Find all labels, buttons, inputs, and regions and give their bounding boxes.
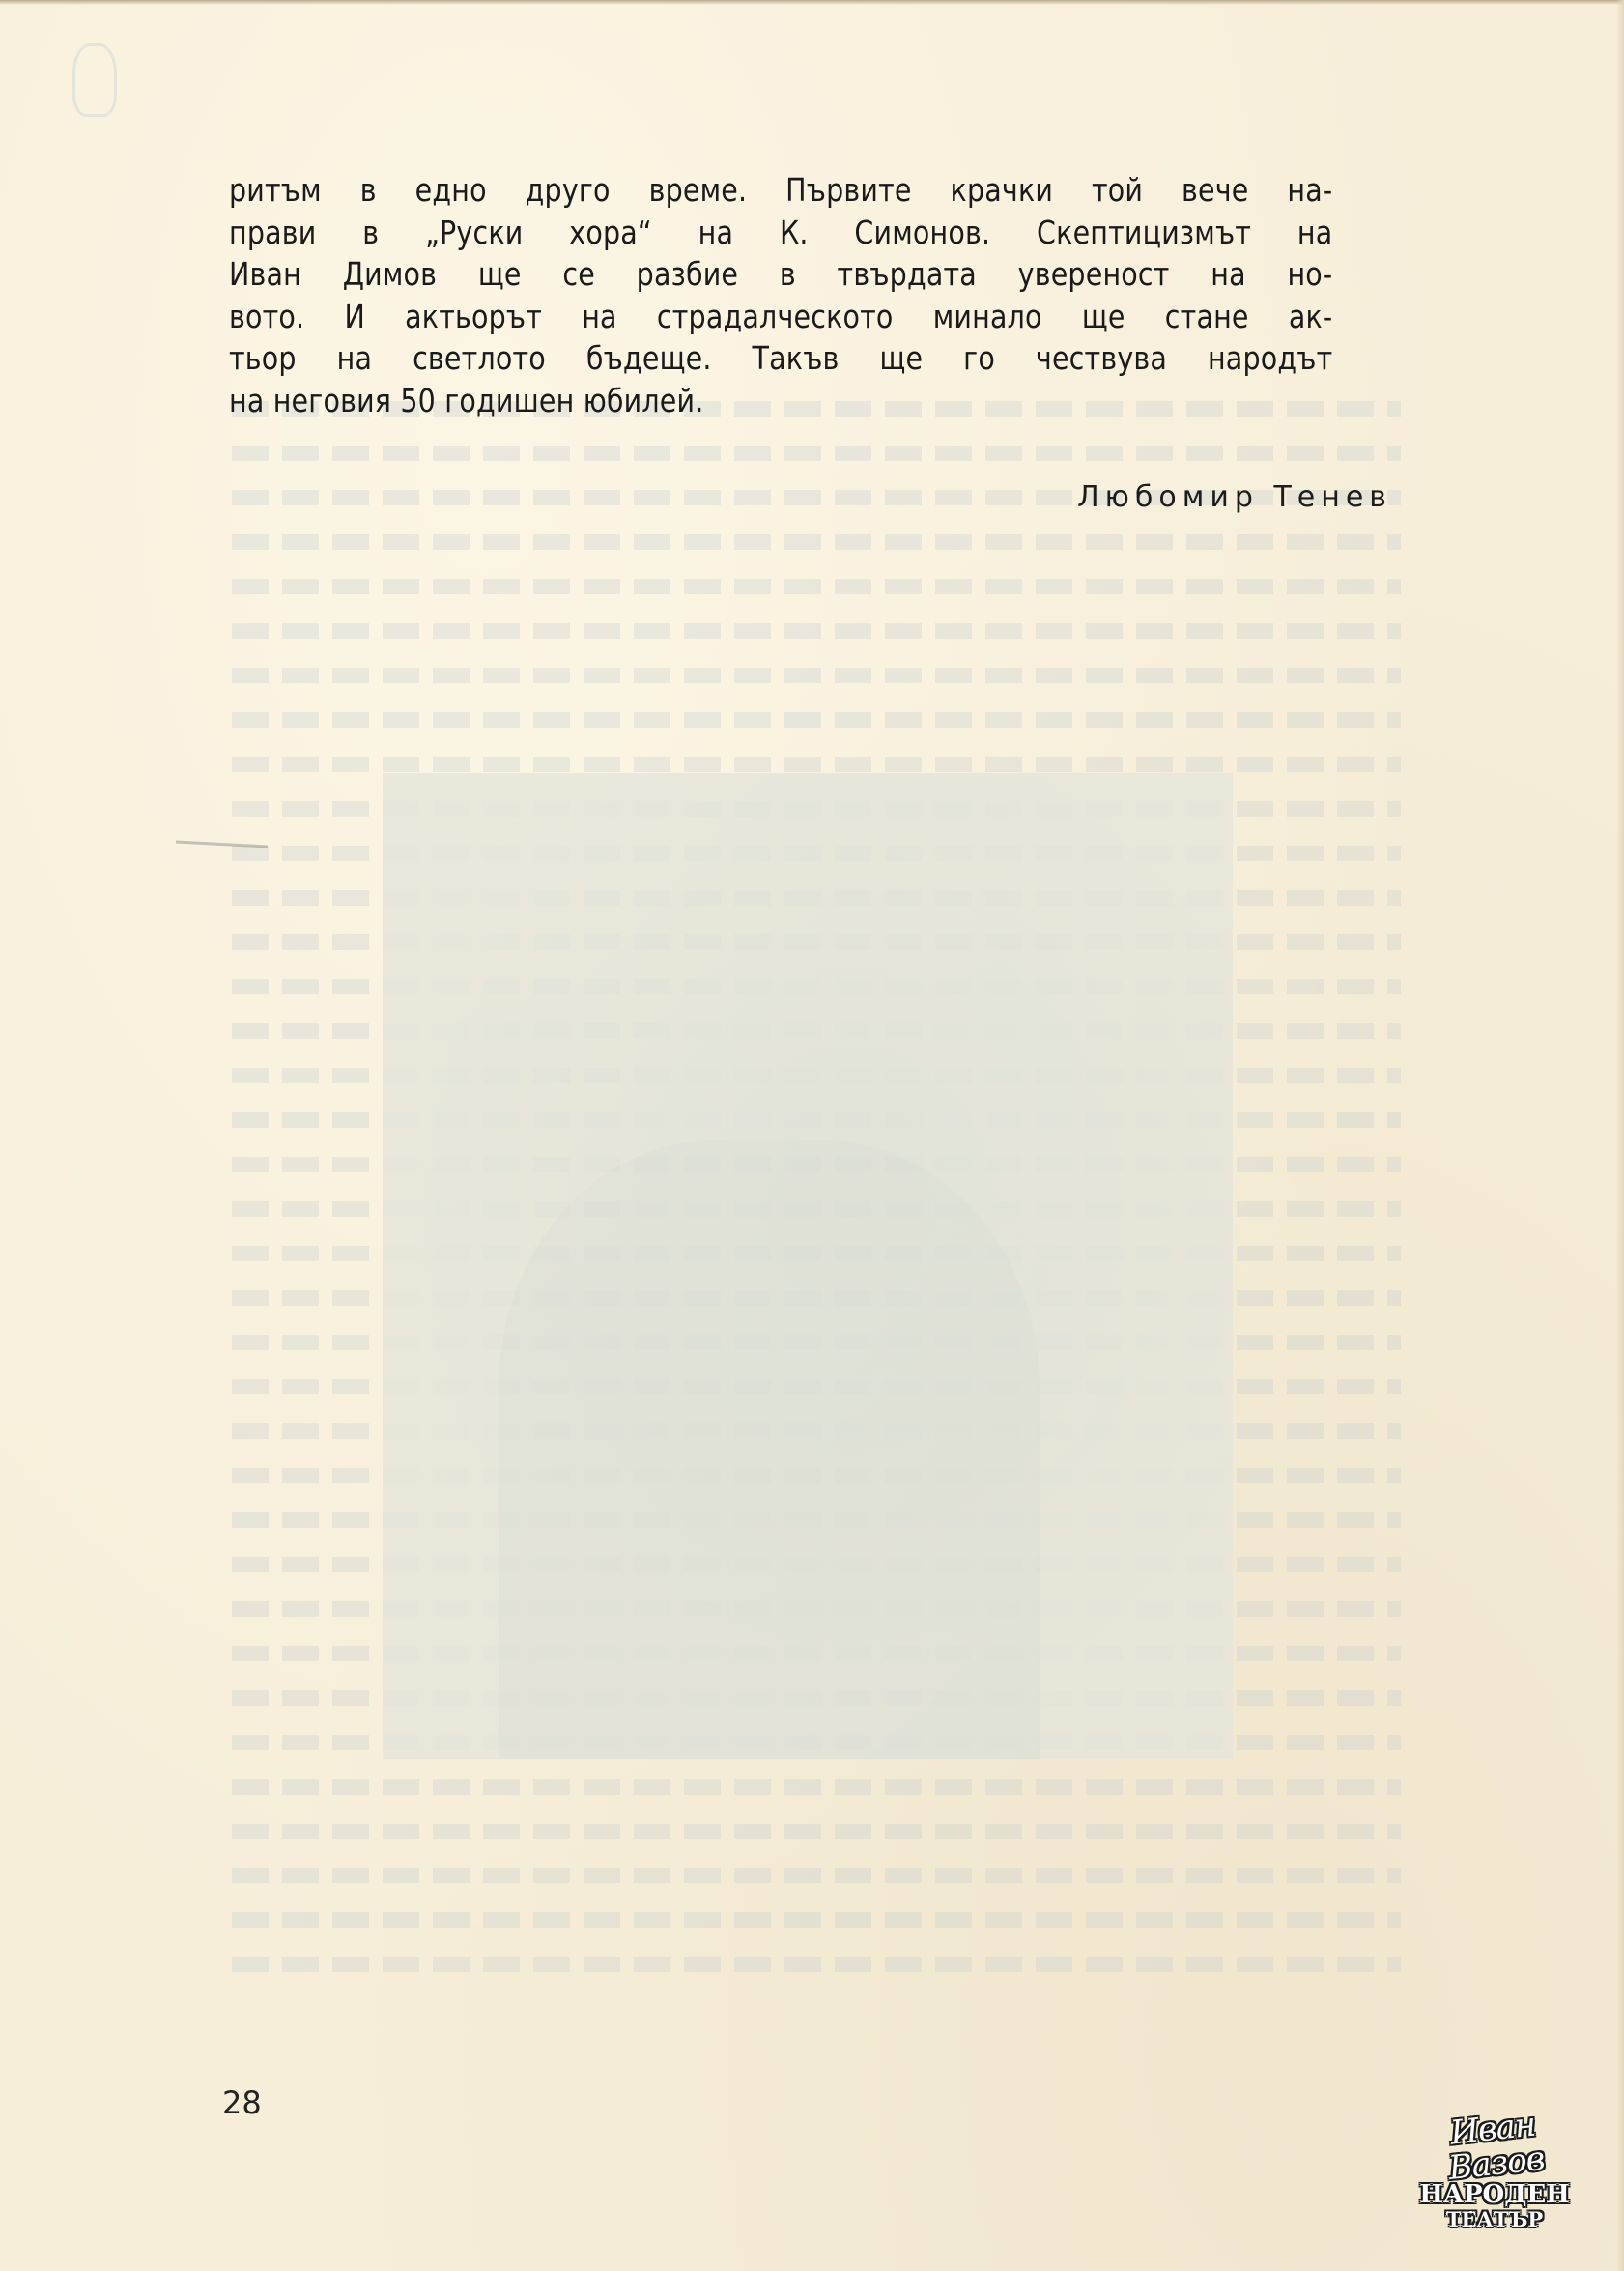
document-page: ритъм в едно друго време. Първите крачки… <box>0 0 1624 2271</box>
page-top-edge <box>0 0 1624 5</box>
article-line: прави в „Руски хора“ на К. Симонов. Скеп… <box>229 212 1332 254</box>
logo-name-line2: ТЕАТЪР <box>1412 2208 1577 2231</box>
article-line: ритъм в едно друго време. Първите крачки… <box>229 169 1332 212</box>
page-right-edge <box>1616 0 1624 2271</box>
bleed-through-mark <box>72 43 117 117</box>
article-body: ритъм в едно друго време. Първите крачки… <box>229 169 1379 421</box>
national-theater-logo: Иван Вазов НАРОДЕН ТЕАТЪР <box>1412 2112 1577 2231</box>
author-signature: Любомир Тенев <box>1077 480 1392 514</box>
bleed-through-photo <box>383 773 1233 1759</box>
logo-script-text: Иван Вазов <box>1410 2103 1581 2189</box>
article-line: на неговия 50 годишен юбилей. <box>229 380 1332 422</box>
article-line: вото. И актьорът на страдалческото минал… <box>229 296 1332 338</box>
article-line: Иван Димов ще се разбие в твърдата увере… <box>229 253 1332 296</box>
article-line: тьор на светлото бъдеще. Такъв ще го чес… <box>229 337 1332 380</box>
page-number: 28 <box>222 2084 262 2121</box>
